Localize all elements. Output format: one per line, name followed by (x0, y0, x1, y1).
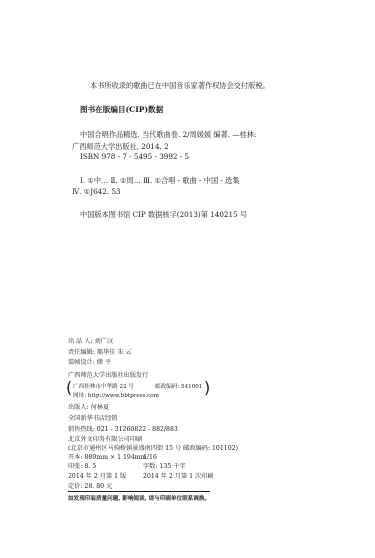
format: 开本: 889mm × 1 194mm (68, 453, 147, 462)
postcode: 邮政编码: 541001 (155, 383, 202, 392)
price: 定价: 28. 80 元 (68, 482, 112, 491)
cip-title-line: 中国合唱作品精选. 当代歌曲卷. 2/周媛媛 编著. —桂林: (80, 130, 256, 139)
quality-note: 如发现印装质量问题, 影响阅读, 请与印刷单位联系调换。 (68, 495, 210, 504)
printer: 北京外文印务有限公司印刷 (68, 435, 142, 444)
word-count: 字数: 135 千字 (143, 462, 186, 471)
distributor: 全国新华书店经销 (68, 414, 118, 423)
cip-heading: 图书在版编目(CIP)数据 (80, 105, 163, 114)
printing: 2014 年 2 月第 1 次印刷 (143, 472, 214, 481)
cip-publisher-line: 广西师范大学出版社, 2014. 2 (72, 142, 169, 151)
cip-classification-2: Ⅳ. ①J642. 53 (72, 187, 121, 196)
sheets: 印张: 8. 5 (68, 462, 96, 471)
cip-number: 中国版本图书馆 CIP 数据核字(2013)第 140215 号 (80, 210, 247, 219)
address: 广西桂林市中华路 22 号 (73, 383, 134, 392)
producer: 出 品 人: 刘广汉 (68, 337, 113, 346)
brace-right: ) (204, 380, 210, 396)
hotline: 销售热线: 021 - 31260822 - 882/883 (68, 425, 178, 434)
separator-rule (68, 491, 210, 492)
printer-address: (北京市通州区马驹桥镇景盛南四街 15 号 邮政编码: 101102) (68, 444, 238, 453)
website: 网址: http://www.bbtpress.com (73, 392, 159, 401)
designer: 装帧设计: 储 平 (68, 358, 111, 367)
cip-isbn: ISBN 978 - 7 - 5495 - 3992 - 5 (80, 152, 189, 161)
edition: 2014 年 2 月第 1 版 (68, 472, 126, 481)
issuer: 出版人: 何林夏 (68, 403, 109, 412)
cip-classification-1: Ⅰ. ①中… Ⅱ. ①周… Ⅲ. ①合唱 - 歌曲 - 中国 - 选集 (80, 176, 240, 185)
publisher: 广西师范大学出版社出版发行 (68, 371, 148, 380)
brace-left: ( (66, 380, 72, 396)
format-fraction: 1/16 (143, 453, 157, 462)
copyright-notice: 本书所收录的歌曲已在中国音乐家著作权协会交付版税。 (90, 81, 270, 90)
editors: 责任编辑: 郝华佳 朱 云 (68, 348, 132, 357)
